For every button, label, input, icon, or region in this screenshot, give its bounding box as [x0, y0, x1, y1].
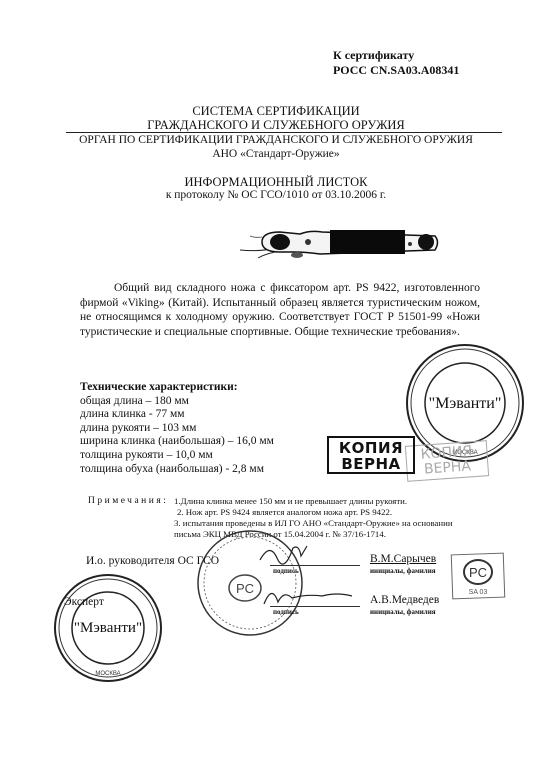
system-title-line1: СИСТЕМА СЕРТИФИКАЦИИ — [0, 104, 552, 119]
organ-title: ОРГАН ПО СЕРТИФИКАЦИИ ГРАЖДАНСКОГО И СЛУ… — [0, 134, 552, 146]
copy-stamp-line1: КОПИЯ — [329, 440, 413, 456]
certificate-number: РОСС CN.SA03.A08341 — [333, 63, 459, 78]
description-paragraph: Общий вид складного ножа с фиксатором ар… — [80, 281, 480, 339]
expert-company-seal-stamp: "Мэванти" МОСКВА — [52, 572, 164, 684]
head-title-label: И.о. руководителя ОС ГСО — [86, 555, 219, 567]
document-title: ИНФОРМАЦИОННЫЙ ЛИСТОК — [0, 175, 552, 190]
certificate-ref-label: К сертификату — [333, 48, 459, 63]
svg-text:PC: PC — [469, 565, 487, 580]
specs-heading: Технические характеристики: — [80, 381, 274, 395]
spec-item: общая длина – 180 мм — [80, 395, 274, 409]
expert-name: А.В.Медведев — [370, 594, 439, 606]
spec-item: длина клинка - 77 мм — [80, 408, 274, 422]
svg-text:SA 03: SA 03 — [469, 589, 488, 596]
svg-text:PC: PC — [236, 581, 254, 596]
organ-name: АНО «Стандарт-Оружие» — [0, 148, 552, 160]
spec-item: толщина обуха (наибольшая) - 2,8 мм — [80, 463, 274, 477]
expert-signature — [262, 584, 362, 608]
expert-title-label: Эксперт — [64, 596, 104, 608]
rst-certification-mark: PC SA 03 — [450, 552, 506, 600]
copy-verified-stamp: КОПИЯ ВЕРНА — [327, 436, 415, 474]
copy-stamp-line2: ВЕРНА — [329, 456, 413, 472]
company-name: "Мэванти" — [429, 395, 502, 412]
spec-item: ширина клинка (наибольшая) – 16,0 мм — [80, 435, 274, 449]
expert-signature-caption: подпись — [273, 608, 299, 616]
spec-item: длина рукояти – 103 мм — [80, 422, 274, 436]
technical-specs: Технические характеристики: общая длина … — [80, 381, 274, 476]
head-signature-caption: подпись — [273, 567, 299, 575]
expert-name-caption: инициалы, фамилия — [370, 608, 436, 616]
head-name: В.М.Сарычев — [370, 553, 436, 565]
note-item: 2. Нож арт. PS 9424 является аналогом но… — [174, 507, 453, 518]
notes-label: Примечания: — [88, 496, 168, 506]
system-title-line2: ГРАЖДАНСКОГО И СЛУЖЕБНОГО ОРУЖИЯ — [0, 118, 552, 133]
spec-item: толщина рукояти – 10,0 мм — [80, 449, 274, 463]
svg-text:"Мэванти": "Мэванти" — [74, 620, 142, 636]
head-name-caption: инициалы, фамилия — [370, 567, 436, 575]
note-item: 1.Длина клинка менее 150 мм и не превыша… — [174, 496, 453, 507]
header-divider — [66, 132, 502, 133]
svg-text:МОСКВА: МОСКВА — [95, 671, 120, 677]
copy-verified-stamp-faded: КОПИЯ ВЕРНА — [405, 440, 489, 482]
certificate-reference: К сертификату РОСС CN.SA03.A08341 — [333, 48, 459, 78]
head-signature — [255, 540, 315, 566]
protocol-reference: к протоколу № ОС ГСО/1010 от 03.10.2006 … — [0, 189, 552, 201]
knife-image — [240, 222, 440, 262]
